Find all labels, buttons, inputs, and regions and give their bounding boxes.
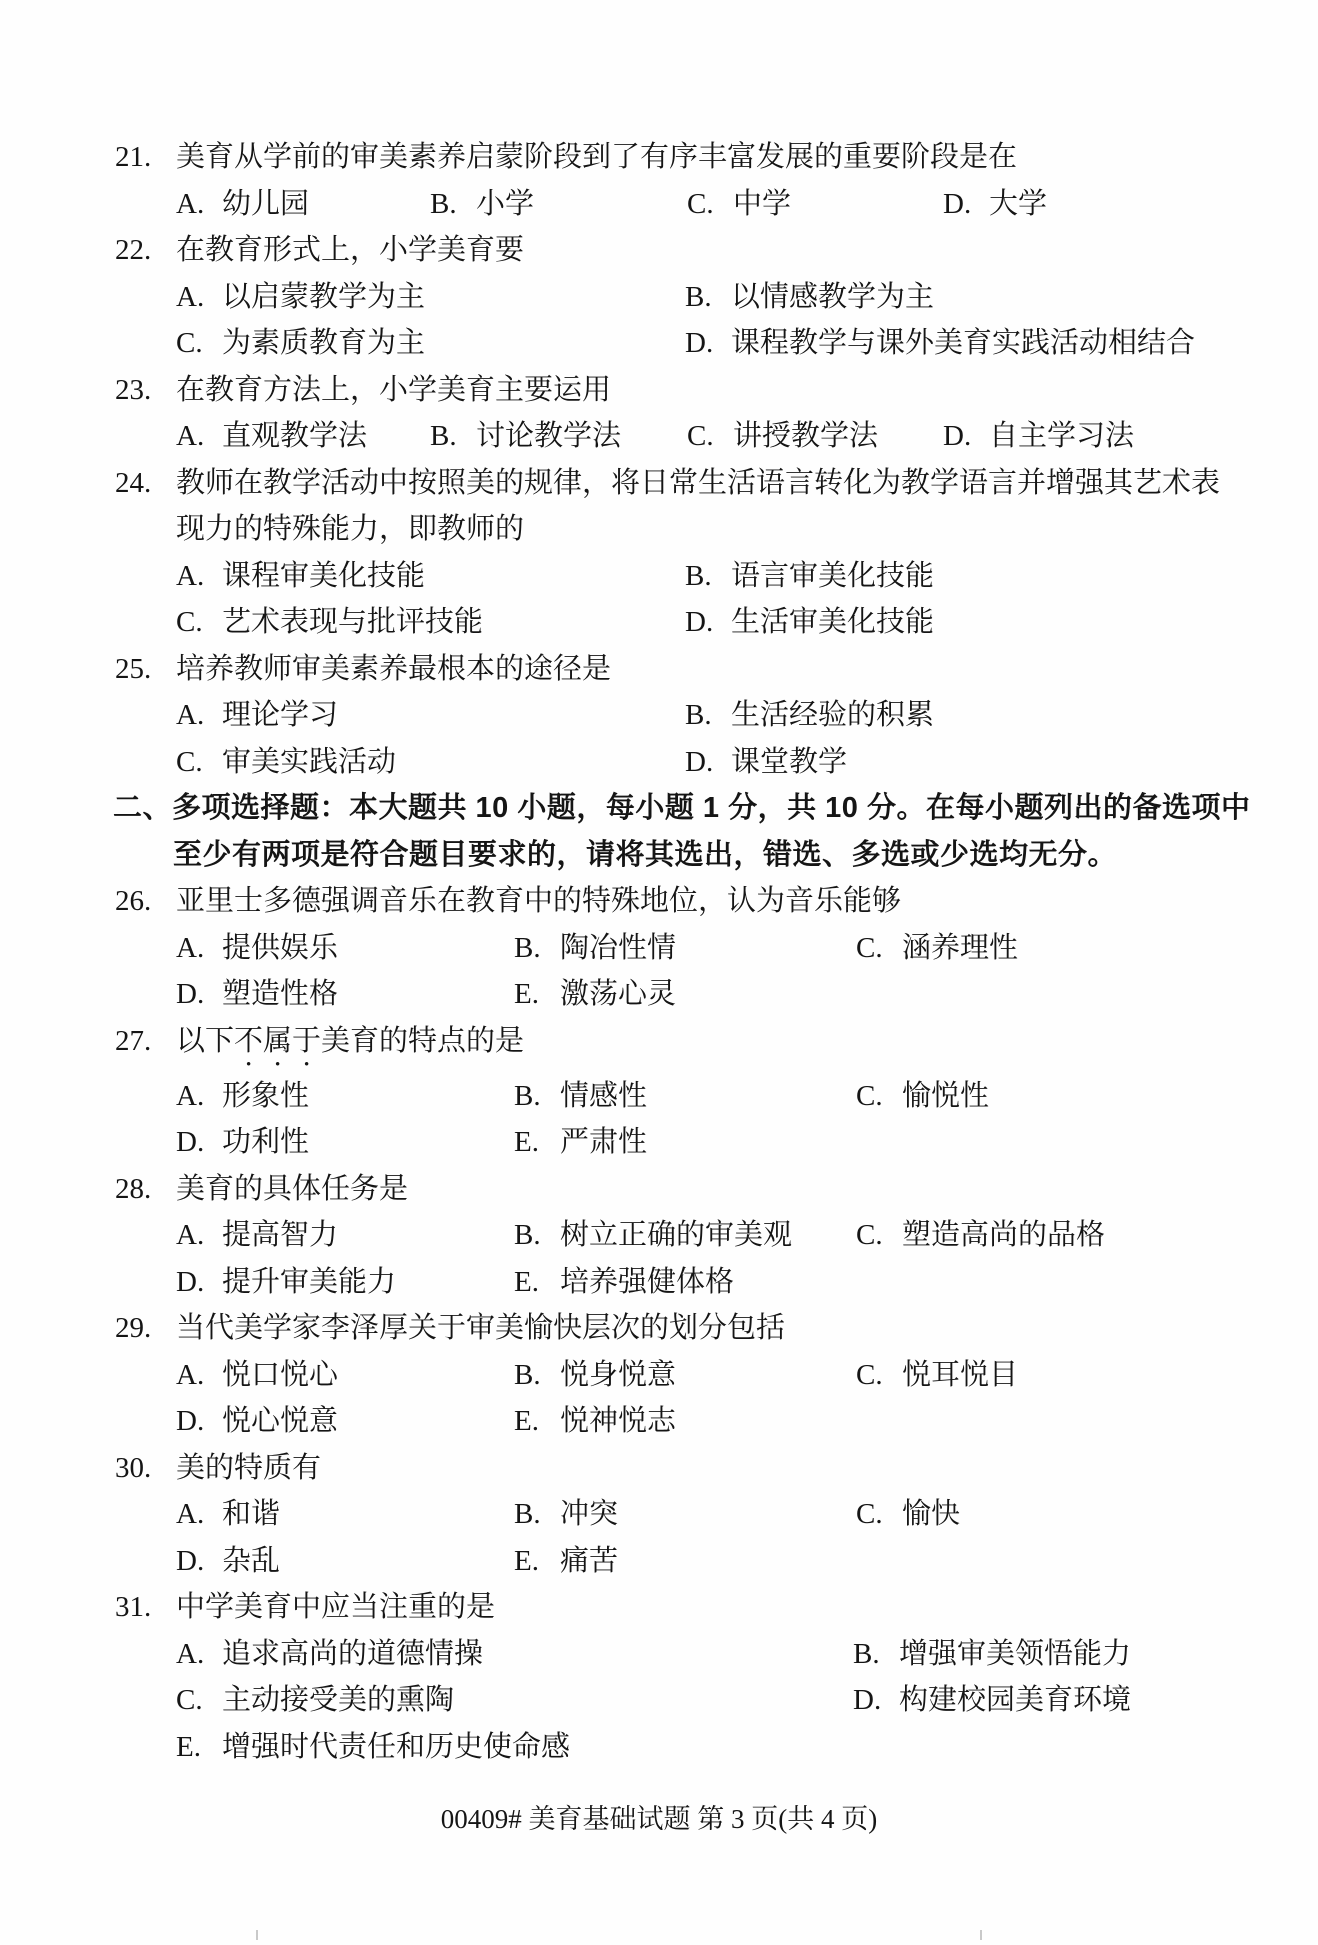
question-stem: 美育从学前的审美素养启蒙阶段到了有序丰富发展的重要阶段是在	[176, 141, 1017, 173]
option: B.树立正确的审美观	[514, 1212, 856, 1259]
option-text: 激荡心灵	[560, 978, 676, 1010]
option-text: 情感性	[560, 1080, 647, 1112]
option-letter: E.	[514, 1538, 560, 1585]
option: A.提供娱乐	[176, 925, 514, 972]
option-letter: D.	[943, 181, 989, 228]
option: B.以情感教学为主	[685, 274, 1318, 321]
option: D.悦心悦意	[176, 1398, 514, 1445]
option: B.情感性	[514, 1073, 856, 1120]
question-26: 26. 亚里士多德强调音乐在教育中的特殊地位，认为音乐能够 A.提供娱乐 B.陶…	[0, 878, 1318, 1018]
question-number: 26.	[115, 878, 151, 925]
option-text: 形象性	[222, 1080, 309, 1112]
option-letter: B.	[685, 274, 731, 321]
question-stem-pre: 以下	[176, 1025, 234, 1057]
option: B.增强审美领悟能力	[853, 1631, 1318, 1678]
option-text: 大学	[989, 188, 1047, 220]
option-text: 悦身悦意	[560, 1359, 676, 1391]
option-text: 以启蒙教学为主	[222, 281, 425, 313]
option-letter: B.	[430, 413, 476, 460]
option: D.塑造性格	[176, 971, 514, 1018]
option-letter: C.	[856, 1491, 902, 1538]
question-stem: 在教育方法上，小学美育主要运用	[176, 374, 611, 406]
option-letter: C.	[176, 1677, 222, 1724]
option-letter: D.	[176, 1538, 222, 1585]
option: D.功利性	[176, 1119, 514, 1166]
option-text: 构建校园美育环境	[899, 1684, 1131, 1716]
option-letter: A.	[176, 553, 222, 600]
option-letter: D.	[176, 1259, 222, 1306]
option: B.语言审美化技能	[685, 553, 1318, 600]
option-text: 悦口悦心	[222, 1359, 338, 1391]
option-letter: B.	[514, 1212, 560, 1259]
option: A.提高智力	[176, 1212, 514, 1259]
option: C.涵养理性	[856, 925, 1318, 972]
scan-artifact-mark	[980, 1930, 982, 1940]
option-letter: E.	[514, 971, 560, 1018]
option: B.冲突	[514, 1491, 856, 1538]
option-text: 塑造高尚的品格	[902, 1219, 1105, 1251]
option-letter: E.	[514, 1398, 560, 1445]
option-letter: A.	[176, 274, 222, 321]
option-letter: C.	[176, 739, 222, 786]
option-letter: A.	[176, 181, 222, 228]
question-number: 30.	[115, 1445, 151, 1492]
option-text: 语言审美化技能	[731, 560, 934, 592]
option-letter: B.	[514, 925, 560, 972]
option-letter: A.	[176, 1212, 222, 1259]
option: C.为素质教育为主	[176, 320, 685, 367]
option: D.课程教学与课外美育实践活动相结合	[685, 320, 1318, 367]
option-text: 为素质教育为主	[222, 327, 425, 359]
question-30: 30. 美的特质有 A.和谐 B.冲突 C.愉快 D.杂乱 E.痛苦	[0, 1445, 1318, 1585]
option-letter: C.	[856, 1212, 902, 1259]
option-text: 愉悦性	[902, 1080, 989, 1112]
question-stem: 在教育形式上，小学美育要	[176, 234, 524, 266]
option-text: 提供娱乐	[222, 932, 338, 964]
option-text: 增强时代责任和历史使命感	[222, 1731, 570, 1763]
question-stem: 现力的特殊能力，即教师的	[176, 513, 524, 545]
section-heading-multiple-choice: 二、多项选择题：本大题共 10 小题，每小题 1 分，共 10 分。在每小题列出…	[0, 785, 1318, 878]
option-text: 直观教学法	[222, 420, 367, 452]
option: A.直观教学法	[176, 413, 430, 460]
question-number: 27.	[115, 1018, 151, 1065]
option-text: 悦神悦志	[560, 1405, 676, 1437]
question-number: 28.	[115, 1166, 151, 1213]
question-24: 24. 教师在教学活动中按照美的规律，将日常生活语言转化为教学语言并增强其艺术表…	[0, 460, 1318, 646]
option: A.幼儿园	[176, 181, 430, 228]
option-text: 讨论教学法	[476, 420, 621, 452]
option: C.塑造高尚的品格	[856, 1212, 1318, 1259]
option-text: 课堂教学	[731, 746, 847, 778]
option: B.生活经验的积累	[685, 692, 1318, 739]
question-number: 24.	[115, 460, 151, 507]
option-letter: C.	[687, 413, 733, 460]
option: A.以启蒙教学为主	[176, 274, 685, 321]
option-letter: C.	[856, 1073, 902, 1120]
option-text: 课程审美化技能	[222, 560, 425, 592]
option-text: 主动接受美的熏陶	[222, 1684, 454, 1716]
question-number: 25.	[115, 646, 151, 693]
option: C.讲授教学法	[687, 413, 943, 460]
option: C.艺术表现与批评技能	[176, 599, 685, 646]
option-letter: A.	[176, 1073, 222, 1120]
option-text: 培养强健体格	[560, 1266, 734, 1298]
option: A.理论学习	[176, 692, 685, 739]
option: B.陶冶性情	[514, 925, 856, 972]
option-text: 树立正确的审美观	[560, 1219, 792, 1251]
option-text: 中学	[733, 188, 791, 220]
option-letter: C.	[856, 1352, 902, 1399]
question-29: 29. 当代美学家李泽厚关于审美愉快层次的划分包括 A.悦口悦心 B.悦身悦意 …	[0, 1305, 1318, 1445]
question-stem: 当代美学家李泽厚关于审美愉快层次的划分包括	[176, 1312, 785, 1344]
option-letter: E.	[514, 1119, 560, 1166]
option: A.形象性	[176, 1073, 514, 1120]
option: C.愉悦性	[856, 1073, 1318, 1120]
option: E.激荡心灵	[514, 971, 856, 1018]
option-text: 理论学习	[222, 699, 338, 731]
option: B.讨论教学法	[430, 413, 687, 460]
page-footer: 00409# 美育基础试题 第 3 页(共 4 页)	[0, 1796, 1318, 1843]
question-number: 29.	[115, 1305, 151, 1352]
option-letter: B.	[430, 181, 476, 228]
option-letter: C.	[687, 181, 733, 228]
option-text: 提高智力	[222, 1219, 338, 1251]
option: E.严肃性	[514, 1119, 856, 1166]
option-text: 痛苦	[560, 1545, 618, 1577]
option-text: 以情感教学为主	[731, 281, 934, 313]
option-text: 陶冶性情	[560, 932, 676, 964]
option: E.增强时代责任和历史使命感	[176, 1724, 853, 1771]
question-stem: 中学美育中应当注重的是	[176, 1591, 495, 1623]
option-text: 提升审美能力	[222, 1266, 396, 1298]
option: B.小学	[430, 181, 687, 228]
question-23: 23. 在教育方法上，小学美育主要运用 A.直观教学法 B.讨论教学法 C.讲授…	[0, 367, 1318, 460]
option-letter: A.	[176, 1352, 222, 1399]
question-stem: 美育的具体任务是	[176, 1173, 408, 1205]
option: C.悦耳悦目	[856, 1352, 1318, 1399]
option: C.中学	[687, 181, 943, 228]
option-text: 和谐	[222, 1498, 280, 1530]
option-text: 严肃性	[560, 1126, 647, 1158]
option-letter: B.	[514, 1073, 560, 1120]
question-stem: 亚里士多德强调音乐在教育中的特殊地位，认为音乐能够	[176, 885, 901, 917]
option: A.追求高尚的道德情操	[176, 1631, 853, 1678]
option-letter: A.	[176, 692, 222, 739]
question-stem: 培养教师审美素养最根本的途径是	[176, 653, 611, 685]
option: C.愉快	[856, 1491, 1318, 1538]
question-stem-post: 美育的特点的是	[321, 1025, 524, 1057]
option-text: 悦心悦意	[222, 1405, 338, 1437]
option-text: 幼儿园	[222, 188, 309, 220]
question-25: 25. 培养教师审美素养最根本的途径是 A.理论学习 B.生活经验的积累 C.审…	[0, 646, 1318, 786]
option-letter: D.	[176, 1398, 222, 1445]
option: A.课程审美化技能	[176, 553, 685, 600]
option-letter: E.	[514, 1259, 560, 1306]
option: B.悦身悦意	[514, 1352, 856, 1399]
option-letter: B.	[514, 1491, 560, 1538]
option-letter: A.	[176, 1631, 222, 1678]
scan-artifact-mark	[256, 1930, 258, 1940]
option-letter: C.	[856, 925, 902, 972]
option-letter: B.	[685, 553, 731, 600]
option-letter: D.	[176, 971, 222, 1018]
option: E.培养强健体格	[514, 1259, 856, 1306]
question-number: 22.	[115, 227, 151, 274]
question-number: 31.	[115, 1584, 151, 1631]
option-letter: D.	[176, 1119, 222, 1166]
question-number: 21.	[115, 134, 151, 181]
option-letter: D.	[853, 1677, 899, 1724]
option-text: 小学	[476, 188, 534, 220]
question-stem: 美的特质有	[176, 1452, 321, 1484]
option: C.审美实践活动	[176, 739, 685, 786]
question-27: 27. 以下不属于美育的特点的是 A.形象性 B.情感性 C.愉悦性 D.功利性…	[0, 1018, 1318, 1166]
option-text: 自主学习法	[989, 420, 1134, 452]
option-letter: D.	[685, 320, 731, 367]
question-31: 31. 中学美育中应当注重的是 A.追求高尚的道德情操 B.增强审美领悟能力 C…	[0, 1584, 1318, 1770]
question-stem-emphasis: 不属于	[234, 1025, 321, 1057]
option: A.悦口悦心	[176, 1352, 514, 1399]
option-text: 功利性	[222, 1126, 309, 1158]
option-text: 塑造性格	[222, 978, 338, 1010]
option-text: 生活审美化技能	[731, 606, 934, 638]
option-text: 审美实践活动	[222, 746, 396, 778]
section-heading-line1: 二、多项选择题：本大题共 10 小题，每小题 1 分，共 10 分。在每小题列出…	[0, 785, 1318, 832]
option-letter: B.	[853, 1631, 899, 1678]
exam-page: 21. 美育从学前的审美素养启蒙阶段到了有序丰富发展的重要阶段是在 A.幼儿园 …	[0, 0, 1318, 1843]
option: D.自主学习法	[943, 413, 1318, 460]
option-text: 生活经验的积累	[731, 699, 934, 731]
question-stem: 以下不属于美育的特点的是	[176, 1025, 524, 1057]
option-letter: C.	[176, 599, 222, 646]
option-letter: D.	[685, 599, 731, 646]
option: D.生活审美化技能	[685, 599, 1318, 646]
option-text: 杂乱	[222, 1545, 280, 1577]
option-text: 增强审美领悟能力	[899, 1638, 1131, 1670]
option-letter: A.	[176, 1491, 222, 1538]
option-letter: D.	[943, 413, 989, 460]
option-text: 追求高尚的道德情操	[222, 1638, 483, 1670]
option-text: 涵养理性	[902, 932, 1018, 964]
question-21: 21. 美育从学前的审美素养启蒙阶段到了有序丰富发展的重要阶段是在 A.幼儿园 …	[0, 134, 1318, 227]
option-text: 课程教学与课外美育实践活动相结合	[731, 327, 1195, 359]
option-text: 冲突	[560, 1498, 618, 1530]
option-text: 愉快	[902, 1498, 960, 1530]
option-letter: E.	[176, 1724, 222, 1771]
option-text: 悦耳悦目	[902, 1359, 1018, 1391]
option: D.构建校园美育环境	[853, 1677, 1318, 1724]
question-28: 28. 美育的具体任务是 A.提高智力 B.树立正确的审美观 C.塑造高尚的品格…	[0, 1166, 1318, 1306]
option-letter: A.	[176, 925, 222, 972]
question-number: 23.	[115, 367, 151, 414]
option-text: 讲授教学法	[733, 420, 878, 452]
option: A.和谐	[176, 1491, 514, 1538]
option: D.杂乱	[176, 1538, 514, 1585]
question-stem: 教师在教学活动中按照美的规律，将日常生活语言转化为教学语言并增强其艺术表	[176, 467, 1220, 499]
option: E.痛苦	[514, 1538, 856, 1585]
option: C.主动接受美的熏陶	[176, 1677, 853, 1724]
section-heading-line2: 至少有两项是符合题目要求的，请将其选出，错选、多选或少选均无分。	[0, 832, 1318, 879]
option-letter: A.	[176, 413, 222, 460]
question-22: 22. 在教育形式上，小学美育要 A.以启蒙教学为主 B.以情感教学为主 C.为…	[0, 227, 1318, 367]
option: D.课堂教学	[685, 739, 1318, 786]
option-letter: D.	[685, 739, 731, 786]
option-letter: B.	[514, 1352, 560, 1399]
option-letter: B.	[685, 692, 731, 739]
option-letter: C.	[176, 320, 222, 367]
option: D.大学	[943, 181, 1318, 228]
option-text: 艺术表现与批评技能	[222, 606, 483, 638]
option: E.悦神悦志	[514, 1398, 856, 1445]
option: D.提升审美能力	[176, 1259, 514, 1306]
